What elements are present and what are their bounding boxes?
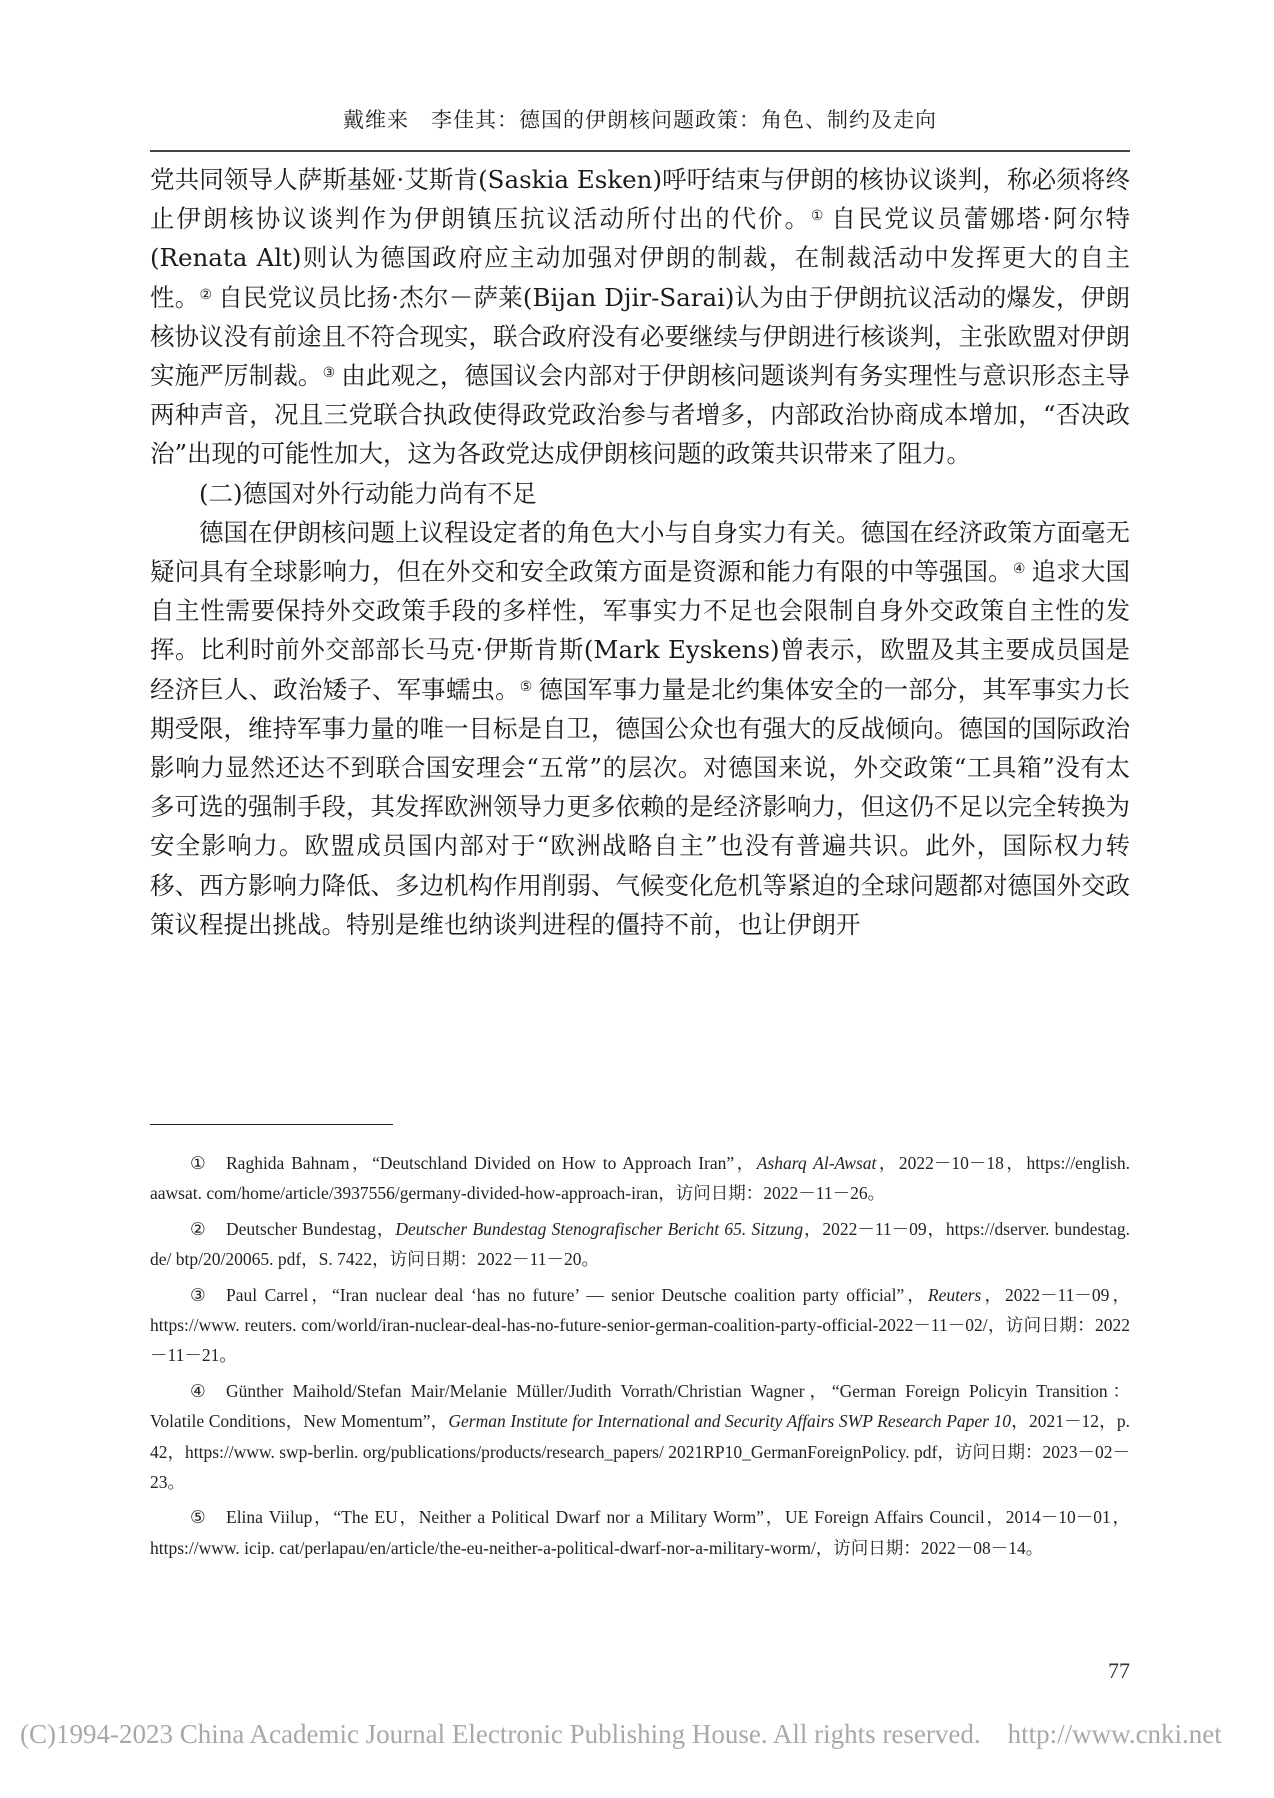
footnote-text: Elina Viilup，“The EU，Neither a Political… <box>150 1507 1130 1557</box>
footnote-source-title: Asharq Al-Awsat <box>757 1153 877 1173</box>
running-head: 戴维来 李佳其：德国的伊朗核问题政策：角色、制约及走向 <box>150 104 1130 134</box>
footnote-source-title: Deutscher Bundestag Stenografischer Beri… <box>395 1219 803 1239</box>
text-run: 德国在伊朗核问题上议程设定者的角色大小与自身实力有关。德国在经济政策方面毫无疑问… <box>150 518 1130 586</box>
footnote-text: Paul Carrel，“Iran nuclear deal ‘has no f… <box>226 1285 928 1305</box>
paragraph: 德国在伊朗核问题上议程设定者的角色大小与自身实力有关。德国在经济政策方面毫无疑问… <box>150 513 1130 944</box>
footnote-4: ④Günther Maihold/Stefan Mair/Melanie Mül… <box>150 1376 1130 1498</box>
footnote-2: ②Deutscher Bundestag，Deutscher Bundestag… <box>150 1214 1130 1275</box>
body-text: 党共同领导人萨斯基娅·艾斯肯(Saskia Esken)呼吁结束与伊朗的核协议谈… <box>150 160 1130 944</box>
footnotes: ①Raghida Bahnam，“Deutschland Divided on … <box>150 1148 1130 1568</box>
footnote-text: Raghida Bahnam，“Deutschland Divided on H… <box>226 1153 757 1173</box>
footnote-number: ① <box>190 1148 226 1178</box>
paragraph-continued: 党共同领导人萨斯基娅·艾斯肯(Saskia Esken)呼吁结束与伊朗的核协议谈… <box>150 160 1130 474</box>
page-number: 77 <box>1090 1658 1130 1684</box>
footnote-5: ⑤Elina Viilup，“The EU，Neither a Politica… <box>150 1502 1130 1563</box>
footnote-number: ③ <box>190 1280 226 1310</box>
footnote-ref-2[interactable]: ② <box>199 287 212 303</box>
footnote-3: ③Paul Carrel，“Iran nuclear deal ‘has no … <box>150 1280 1130 1371</box>
footnote-source-title: German Institute for International and S… <box>448 1411 1011 1431</box>
section-heading: (二)德国对外行动能力尚有不足 <box>150 474 1130 513</box>
footnote-ref-3[interactable]: ③ <box>323 365 336 381</box>
header-divider <box>150 150 1130 152</box>
footnote-ref-5[interactable]: ⑤ <box>520 679 533 695</box>
footnote-text: Deutscher Bundestag， <box>226 1219 395 1239</box>
footnote-divider <box>150 1124 393 1125</box>
footnote-number: ④ <box>190 1376 226 1406</box>
footnote-ref-1[interactable]: ① <box>811 208 826 224</box>
journal-page: 戴维来 李佳其：德国的伊朗核问题政策：角色、制约及走向 党共同领导人萨斯基娅·艾… <box>0 0 1274 1798</box>
footnote-source-title: Reuters <box>928 1285 981 1305</box>
footnote-1: ①Raghida Bahnam，“Deutschland Divided on … <box>150 1148 1130 1209</box>
footnote-number: ② <box>190 1214 226 1244</box>
footnote-ref-4[interactable]: ④ <box>1013 561 1026 577</box>
text-run: 德国军事力量是北约集体安全的一部分，其军事实力长期受限，维持军事力量的唯一目标是… <box>150 675 1130 939</box>
footnote-number: ⑤ <box>190 1502 226 1532</box>
copyright-watermark: (C)1994-2023 China Academic Journal Elec… <box>20 1712 1222 1751</box>
